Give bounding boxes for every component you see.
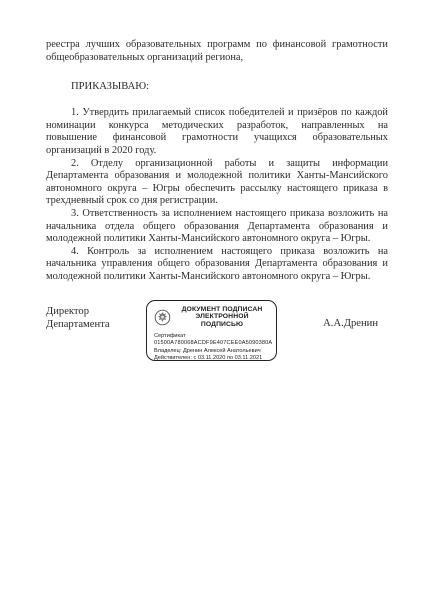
certificate-validity: Действителен: с 03.11.2020 по 03.11.2021	[154, 355, 269, 362]
order-items: 1. Утвердить прилагаемый список победите…	[46, 107, 388, 283]
certificate-owner: Владелец: Дренин Алексей Анатольевич	[154, 348, 269, 355]
signatory-name: А.А.Дренин	[323, 318, 378, 329]
order-item-1: 1. Утвердить прилагаемый список победите…	[46, 107, 388, 157]
intro-paragraph: реестра лучших образовательных программ …	[46, 39, 388, 64]
certificate-label: Сертификат	[154, 333, 269, 340]
stamp-title: ДОКУМЕНТ ПОДПИСАН ЭЛЕКТРОННОЙ ПОДПИСЬЮ	[175, 306, 269, 329]
stamp-details: Сертификат 01500A780068ACDF9E407CEE0A509…	[154, 333, 269, 363]
stamp-header: ДОКУМЕНТ ПОДПИСАН ЭЛЕКТРОННОЙ ПОДПИСЬЮ	[154, 306, 269, 329]
order-item-4: 4. Контроль за исполнением настоящего пр…	[46, 246, 388, 284]
digital-signature-stamp: ДОКУМЕНТ ПОДПИСАН ЭЛЕКТРОННОЙ ПОДПИСЬЮ С…	[146, 300, 277, 361]
document-page: реестра лучших образовательных программ …	[0, 0, 424, 600]
document-content: реестра лучших образовательных программ …	[46, 39, 388, 379]
state-emblem-icon	[154, 309, 171, 326]
signature-block: Директор Департамента ДОКУМЕНТ ПОДПИСАН …	[46, 304, 388, 379]
order-item-2: 2. Отделу организационной работы и защит…	[46, 158, 388, 208]
signatory-position: Директор Департамента	[46, 305, 110, 332]
certificate-number: 01500A780068ACDF9E407CEE0A5090380A	[154, 340, 269, 347]
order-item-3: 3. Ответственность за исполнением настоя…	[46, 208, 388, 246]
order-heading: ПРИКАЗЫВАЮ:	[46, 80, 388, 93]
